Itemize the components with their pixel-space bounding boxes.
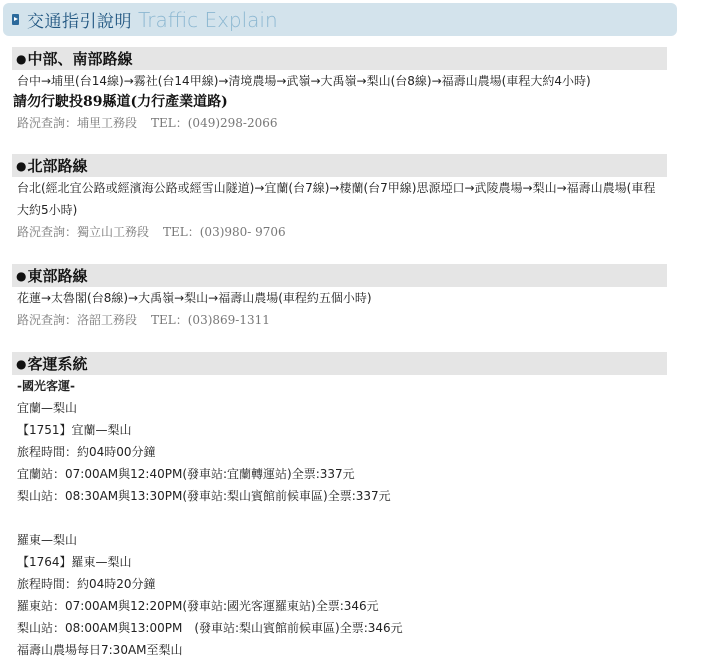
bus-route-yilan: 宜蘭—梨山 【1751】宜蘭—梨山 旅程時間：約04時00分鐘 宜蘭站：07:0… <box>12 397 667 507</box>
bullet-icon: ● <box>16 52 26 66</box>
bus-footer-note: 福壽山農場每日7:30AM至梨山 <box>12 639 667 661</box>
road-info-label: 路況查詢：洛韶工務段 <box>17 313 137 327</box>
section-east: ● 東部路線 花蓮→太魯閣(台8線)→大禹嶺→梨山→福壽山農場(車程約五個小時)… <box>12 264 667 331</box>
road-info-label: 路況查詢：埔里工務段 <box>17 116 137 130</box>
bus-route-duration: 旅程時間：約04時00分鐘 <box>12 441 667 463</box>
road-info: 路況查詢：獨立山工務段TEL：(03)980- 9706 <box>12 221 667 243</box>
route-warning: 請勿行駛投89縣道(力行產業道路) <box>12 92 667 112</box>
bullet-icon: ● <box>16 269 26 283</box>
section-heading: ● 東部路線 <box>12 264 667 287</box>
bus-route-name: 宜蘭—梨山 <box>12 397 667 419</box>
road-info-tel: TEL：(03)869-1311 <box>151 313 270 327</box>
route-description: 花蓮→太魯閣(台8線)→大禹嶺→梨山→福壽山農場(車程約五個小時) <box>12 287 667 309</box>
bus-route-name: 羅東—梨山 <box>12 529 667 551</box>
header-title-zh: 交通指引說明 <box>27 7 132 32</box>
road-info: 路況查詢：洛韶工務段TEL：(03)869-1311 <box>12 309 667 331</box>
page-header-banner: 交通指引說明 Traffic Explain <box>3 3 677 36</box>
section-central-south: ● 中部、南部路線 台中→埔里(台14線)→霧社(台14甲線)→清境農場→武嶺→… <box>12 47 667 134</box>
section-heading: ● 中部、南部路線 <box>12 47 667 70</box>
bus-schedule-row: 梨山站：08:30AM與13:30PM(發車站:梨山賓館前候車區)全票:337元 <box>12 485 667 507</box>
route-description: 台中→埔里(台14線)→霧社(台14甲線)→清境農場→武嶺→大禹嶺→梨山(台8線… <box>12 70 667 92</box>
road-info-tel: TEL：(049)298-2066 <box>151 116 278 130</box>
bus-route-luodong: 羅東—梨山 【1764】羅東—梨山 旅程時間：約04時20分鐘 羅東站：07:0… <box>12 529 667 639</box>
bus-schedule-row: 梨山站：08:00AM與13:00PM (發車站:梨山賓館前候車區)全票:346… <box>12 617 667 639</box>
bus-route-code: 【1764】羅東—梨山 <box>12 551 667 573</box>
road-info: 路況查詢：埔里工務段TEL：(049)298-2066 <box>12 112 667 134</box>
arrow-right-box-icon <box>12 14 19 25</box>
bus-schedule-row: 宜蘭站：07:00AM與12:40PM(發車站:宜蘭轉運站)全票:337元 <box>12 463 667 485</box>
road-info-tel: TEL：(03)980- 9706 <box>163 225 286 239</box>
bullet-icon: ● <box>16 159 26 173</box>
road-info-label: 路況查詢：獨立山工務段 <box>17 225 149 239</box>
route-description: 台北(經北宜公路或經濱海公路或經雪山隧道)→宜蘭(台7線)→棲蘭(台7甲線)思源… <box>12 177 667 221</box>
section-bus-system: ● 客運系統 -國光客運- 宜蘭—梨山 【1751】宜蘭—梨山 旅程時間：約04… <box>12 352 667 661</box>
bus-route-code: 【1751】宜蘭—梨山 <box>12 419 667 441</box>
bus-company: -國光客運- <box>12 375 667 397</box>
bus-route-duration: 旅程時間：約04時20分鐘 <box>12 573 667 595</box>
header-title-en: Traffic Explain <box>138 8 278 32</box>
bullet-icon: ● <box>16 357 26 371</box>
bus-schedule-row: 羅東站：07:00AM與12:20PM(發車站:國光客運羅東站)全票:346元 <box>12 595 667 617</box>
section-heading: ● 北部路線 <box>12 154 667 177</box>
section-heading: ● 客運系統 <box>12 352 667 375</box>
spacer <box>12 507 667 529</box>
section-north: ● 北部路線 台北(經北宜公路或經濱海公路或經雪山隧道)→宜蘭(台7線)→棲蘭(… <box>12 154 667 243</box>
